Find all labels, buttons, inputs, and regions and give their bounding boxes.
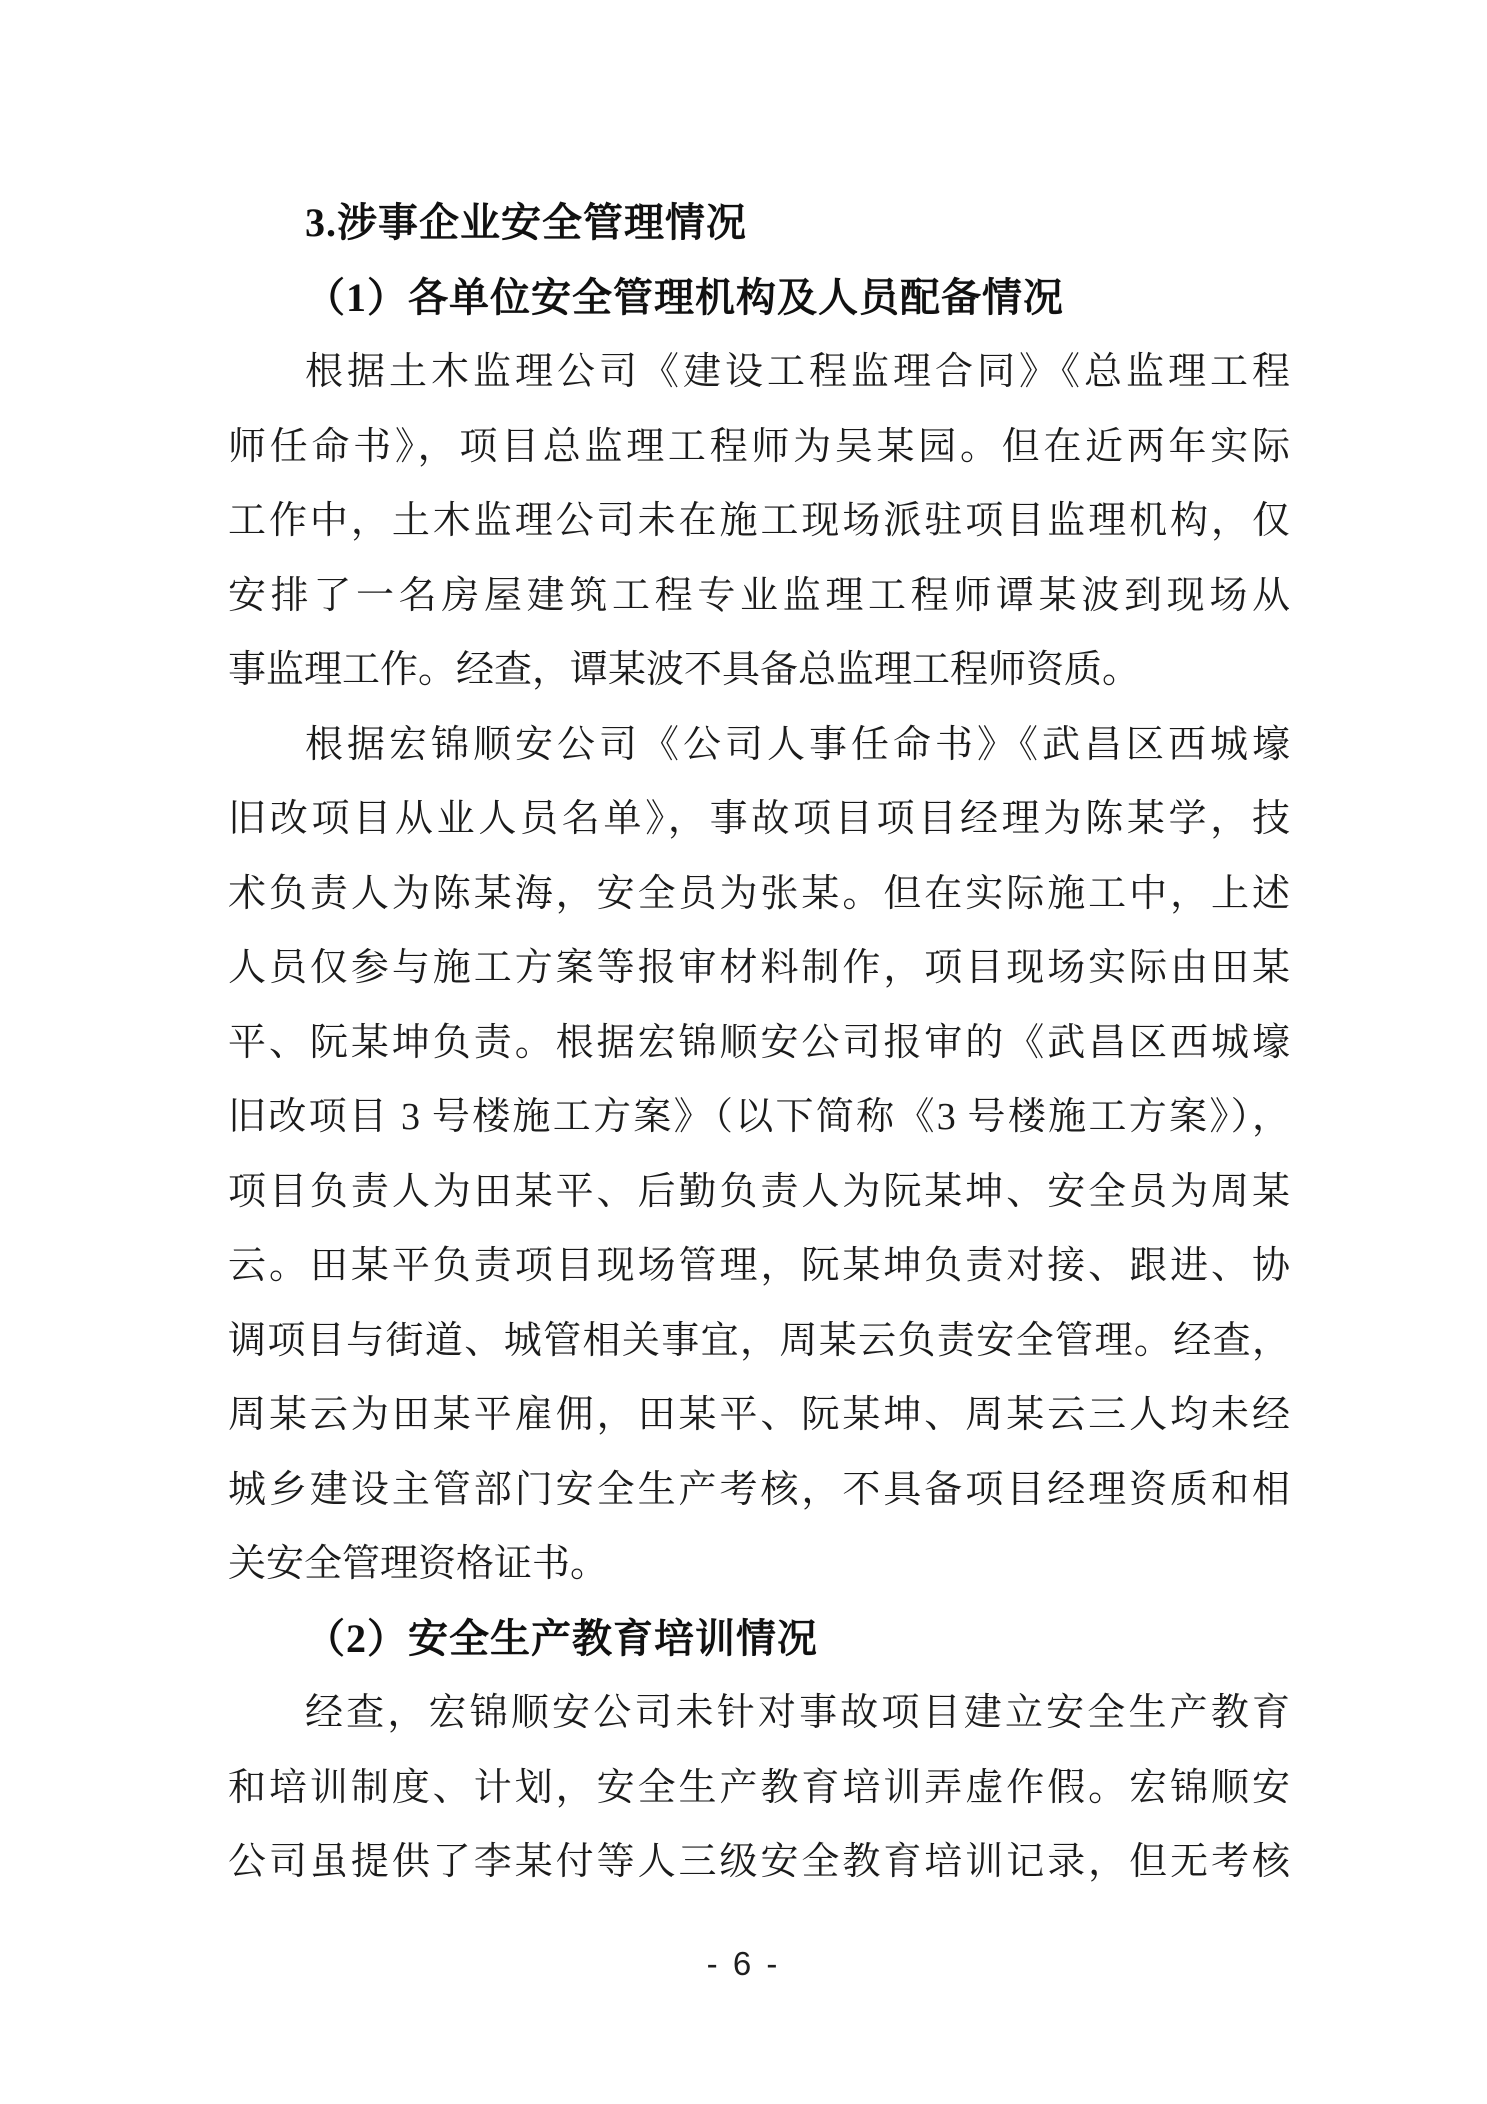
document-page: 3.涉事企业安全管理情况（1）各单位安全管理机构及人员配备情况根据土木监理公司《… (0, 0, 1487, 2104)
text-line: 公司虽提供了李某付等人三级安全教育培训记录，但无考核 (228, 1825, 1290, 1900)
text-line: 根据土木监理公司《建设工程监理合同》《总监理工程 (228, 335, 1290, 410)
text-line: 和培训制度、计划，安全生产教育培训弄虚作假。宏锦顺安 (228, 1751, 1290, 1826)
text-line: 云。田某平负责项目现场管理，阮某坤负责对接、跟进、协 (228, 1229, 1290, 1304)
heading-line: 3.涉事企业安全管理情况 (228, 186, 1290, 261)
text-line: 工作中，土木监理公司未在施工现场派驻项目监理机构，仅 (228, 484, 1290, 559)
text-line: 关安全管理资格证书。 (228, 1527, 1290, 1602)
heading-line: （1）各单位安全管理机构及人员配备情况 (228, 261, 1290, 336)
heading-line: （2）安全生产教育培训情况 (228, 1602, 1290, 1677)
text-line: 安排了一名房屋建筑工程专业监理工程师谭某波到现场从 (228, 559, 1290, 634)
text-line: 城乡建设主管部门安全生产考核，不具备项目经理资质和相 (228, 1453, 1290, 1528)
text-line: 师任命书》，项目总监理工程师为吴某园。但在近两年实际 (228, 410, 1290, 485)
text-line: 调项目与街道、城管相关事宜，周某云负责安全管理。经查， (228, 1304, 1290, 1379)
text-line: 平、阮某坤负责。根据宏锦顺安公司报审的《武昌区西城壕 (228, 1006, 1290, 1081)
text-line: 旧改项目 3 号楼施工方案》（以下简称《3 号楼施工方案》）， (228, 1080, 1290, 1155)
text-line: 经查，宏锦顺安公司未针对事故项目建立安全生产教育 (228, 1676, 1290, 1751)
text-line: 项目负责人为田某平、后勤负责人为阮某坤、安全员为周某 (228, 1155, 1290, 1230)
text-line: 旧改项目从业人员名单》，事故项目项目经理为陈某学，技 (228, 782, 1290, 857)
page-footer: - 6 - (0, 1944, 1487, 1984)
text-line: 人员仅参与施工方案等报审材料制作，项目现场实际由田某 (228, 931, 1290, 1006)
text-line: 事监理工作。经查，谭某波不具备总监理工程师资质。 (228, 633, 1290, 708)
text-line: 周某云为田某平雇佣，田某平、阮某坤、周某云三人均未经 (228, 1378, 1290, 1453)
text-line: 术负责人为陈某海，安全员为张某。但在实际施工中，上述 (228, 857, 1290, 932)
page-number: - 6 - (707, 1945, 781, 1982)
text-line: 根据宏锦顺安公司《公司人事任命书》《武昌区西城壕 (228, 708, 1290, 783)
document-body: 3.涉事企业安全管理情况（1）各单位安全管理机构及人员配备情况根据土木监理公司《… (228, 186, 1290, 1900)
